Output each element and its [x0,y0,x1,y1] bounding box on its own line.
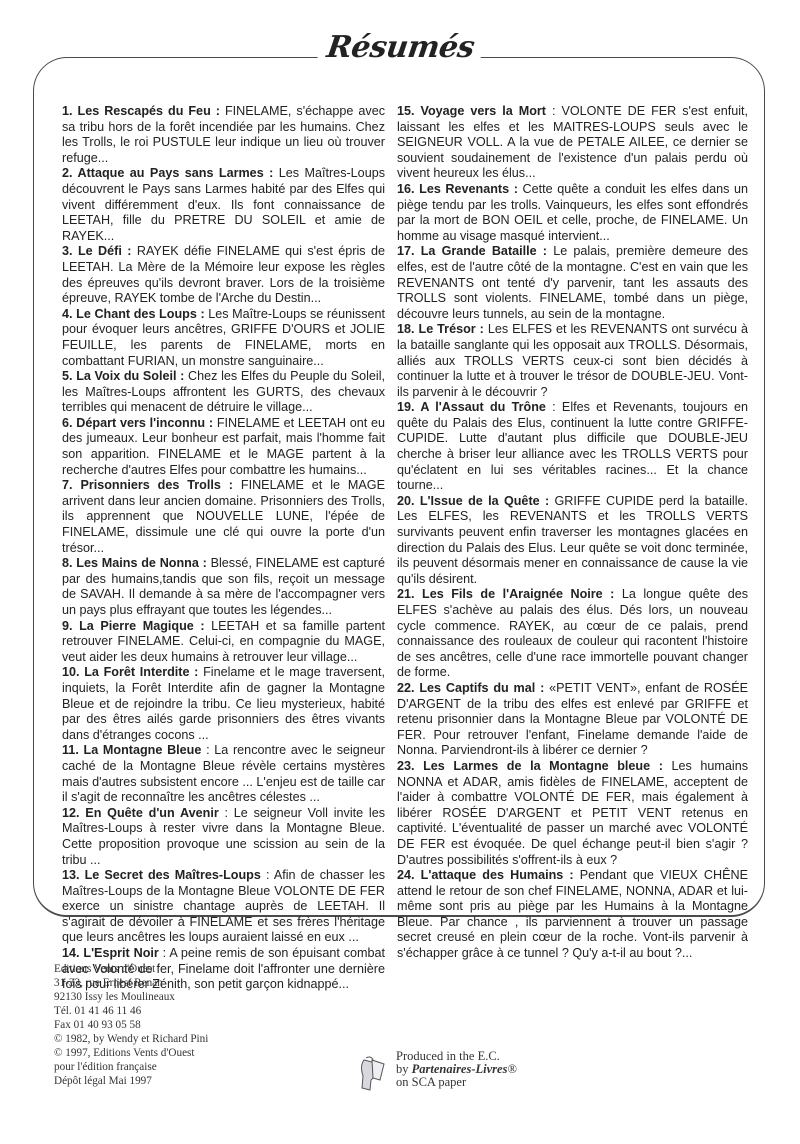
summary-entry: 17. La Grande Bataille : Le palais, prem… [397,244,748,322]
summary-title: 7. Prisonniers des Trolls : [62,478,233,492]
summary-title: 8. Les Mains de Nonna : [62,556,207,570]
brand-name: Partenaires-Livres [412,1062,508,1076]
summary-title: 10. La Forêt Interdite : [62,665,198,679]
summary-entry: 15. Voyage vers la Mort : VOLONTE DE FER… [397,104,748,182]
summary-entry: 1. Les Rescapés du Feu : FINELAME, s'éch… [62,104,385,166]
summary-entry: 23. Les Larmes de la Montagne bleue : Le… [397,759,748,868]
summary-entry: 13. Le Secret des Maîtres-Loups : Afin d… [62,868,385,946]
summary-entry: 22. Les Captifs du mal : «PETIT VENT», e… [397,681,748,759]
summary-entry: 7. Prisonniers des Trolls : FINELAME et … [62,478,385,556]
publisher-line: Tél. 01 41 46 11 46 [54,1004,208,1018]
summary-title: 11. La Montagne Bleue [62,743,201,757]
summary-title: 20. L'Issue de la Quête : [397,494,549,508]
summary-title: 23. Les Larmes de la Montagne bleue : [397,759,663,773]
summary-title: 1. Les Rescapés du Feu : [62,104,220,118]
summary-title: 6. Départ vers l'inconnu : [62,416,213,430]
summary-title: 19. A l'Assaut du Trône [397,400,546,414]
publisher-line: 92130 Issy les Moulineaux [54,990,208,1004]
summary-entry: 18. Le Trésor : Les ELFES et les REVENAN… [397,322,748,400]
summaries-left-column: 1. Les Rescapés du Feu : FINELAME, s'éch… [62,104,385,993]
publisher-line: Editions Vents d'Ouest [54,962,208,976]
paper-leaf-logo-icon [358,1054,388,1092]
summary-entry: 2. Attaque au Pays sans Larmes : Les Maî… [62,166,385,244]
summary-title: 13. Le Secret des Maîtres-Loups [62,868,261,882]
summary-title: 24. L'attaque des Humains : [397,868,574,882]
summary-entry: 11. La Montagne Bleue : La rencontre ave… [62,743,385,805]
summary-title: 21. Les Fils de l'Araignée Noire : [397,587,614,601]
summary-entry: 16. Les Revenants : Cette quête a condui… [397,182,748,244]
summary-title: 14. L'Esprit Noir [62,946,159,960]
summary-entry: 6. Départ vers l'inconnu : FINELAME et L… [62,416,385,478]
summary-title: 2. Attaque au Pays sans Larmes : [62,166,273,180]
publisher-line: © 1982, by Wendy et Richard Pini [54,1032,208,1046]
page-title: Résumés [316,28,485,68]
publisher-info: Editions Vents d'Ouest 31-33, rue Ernest… [54,962,208,1088]
publisher-line: 31-33, rue Ernest Renan [54,976,208,990]
summary-title: 15. Voyage vers la Mort [397,104,546,118]
produced-line-3: on SCA paper [396,1076,517,1089]
summary-title: 5. La Voix du Soleil : [62,369,184,383]
title-wrap: Résumés [0,28,800,68]
summary-entry: 12. En Quête d'un Avenir : Le seigneur V… [62,806,385,868]
summary-entry: 3. Le Défi : RAYEK défie FINELAME qui s'… [62,244,385,306]
summary-title: 12. En Quête d'un Avenir [62,806,219,820]
summary-title: 9. La Pierre Magique : [62,619,205,633]
summary-entry: 20. L'Issue de la Quête : GRIFFE CUPIDE … [397,494,748,588]
publisher-line: Dépôt légal Mai 1997 [54,1074,208,1088]
summary-entry: 21. Les Fils de l'Araignée Noire : La lo… [397,587,748,681]
summary-entry: 4. Le Chant des Loups : Les Maître-Loups… [62,307,385,369]
summary-entry: 19. A l'Assaut du Trône : Elfes et Reven… [397,400,748,494]
summary-entry: 8. Les Mains de Nonna : Blessé, FINELAME… [62,556,385,618]
publisher-line: pour l'édition française [54,1060,208,1074]
summary-entry: 5. La Voix du Soleil : Chez les Elfes du… [62,369,385,416]
production-notice: Produced in the E.C. by Partenaires-Livr… [358,1050,517,1092]
summary-title: 4. Le Chant des Loups : [62,307,205,321]
summary-entry: 24. L'attaque des Humains : Pendant que … [397,868,748,962]
summary-title: 3. Le Défi : [62,244,131,258]
summary-entry: 10. La Forêt Interdite : Finelame et le … [62,665,385,743]
summary-title: 22. Les Captifs du mal : [397,681,544,695]
summary-text: Les humains NONNA et ADAR, amis fidèles … [397,759,748,867]
summaries-right-column: 15. Voyage vers la Mort : VOLONTE DE FER… [397,104,748,962]
summary-entry: 9. La Pierre Magique : LEETAH et sa fami… [62,619,385,666]
summary-title: 16. Les Revenants : [397,182,518,196]
summary-title: 17. La Grande Bataille : [397,244,547,258]
publisher-line: Fax 01 40 93 05 58 [54,1018,208,1032]
summary-title: 18. Le Trésor : [397,322,484,336]
publisher-line: © 1997, Editions Vents d'Ouest [54,1046,208,1060]
